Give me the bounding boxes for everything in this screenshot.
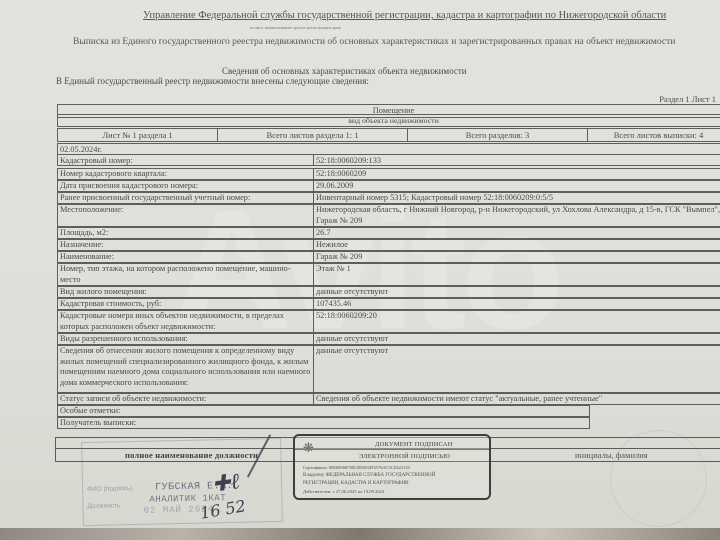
total-sections: Всего разделов: 3 — [408, 129, 588, 141]
row-value: 29.06.2009 — [314, 181, 720, 191]
row-value — [314, 418, 589, 428]
row-value: данные отсутствуют — [314, 287, 720, 297]
table-row: Виды разрешенного использования:данные о… — [57, 333, 720, 345]
sheet-info-row: Лист № 1 раздела 1 Всего листов раздела … — [57, 128, 720, 142]
extract-date: 02.05.2024г. — [58, 144, 720, 155]
table-row: Кадастровые номера иных объектов недвижи… — [57, 310, 720, 333]
row-label: Кадастровая стоимость, руб: — [58, 299, 314, 309]
table-row: Особые отметки: — [57, 405, 590, 417]
object-type-caption-row: вид объекта недвижимости — [57, 114, 720, 127]
esig-owner-cont: РЕГИСТРАЦИИ, КАДАСТРА И КАРТОГРАФИИ — [303, 481, 409, 486]
esig-line1: ДОКУМЕНТ ПОДПИСАН — [375, 441, 453, 448]
document-page: Avito Управление Федеральной службы госу… — [0, 0, 720, 528]
stamp-position-label: Должность — [87, 502, 120, 510]
table-row: Номер, тип этажа, на котором расположено… — [57, 263, 720, 286]
esig-owner: Владелец: ФЕДЕРАЛЬНАЯ СЛУЖБА ГОСУДАРСТВЕ… — [303, 473, 435, 478]
cadastral-number-label: Кадастровый номер: — [58, 155, 314, 165]
sheet-number: Лист № 1 раздела 1 — [58, 129, 218, 141]
agency-name: Управление Федеральной службы государств… — [143, 10, 588, 21]
row-value: Нижегородская область, г Нижний Новгород… — [314, 205, 720, 226]
row-value: данные отсутствуют — [314, 346, 720, 392]
handwritten-signature: ✚ℓ — [210, 468, 241, 498]
row-label: Кадастровые номера иных объектов недвижи… — [58, 311, 314, 332]
table-row: Кадастровая стоимость, руб:107435.46 — [57, 298, 720, 310]
object-type-caption: вид объекта недвижимости — [58, 115, 720, 126]
row-label: Ранее присвоенный государственный учетны… — [58, 193, 314, 203]
table-row: Дата присвоения кадастрового номера:29.0… — [57, 180, 720, 192]
row-label: Сведения об отнесении жилого помещения к… — [58, 346, 314, 392]
row-value: Сведения об объекте недвижимости имеют с… — [314, 394, 720, 404]
row-label: Особые отметки: — [58, 406, 314, 416]
extract-title: Выписка из Единого государственного реес… — [73, 37, 675, 47]
row-label: Площадь, м2: — [58, 228, 314, 238]
section-title: Сведения об основных характеристиках объ… — [222, 66, 467, 76]
row-label: Вид жилого помещения: — [58, 287, 314, 297]
table-row: Вид жилого помещения:данные отсутствуют — [57, 286, 720, 298]
agency-caption: полное наименование органа регистрации п… — [250, 25, 341, 30]
row-label: Получатель выписки: — [58, 418, 314, 428]
row-value — [314, 406, 589, 416]
row-value: 107435.46 — [314, 299, 720, 309]
row-label: Наименование: — [58, 252, 314, 262]
row-label: Дата присвоения кадастрового номера: — [58, 181, 314, 191]
row-label: Назначение: — [58, 240, 314, 250]
certification-stamp: ФИО (подпись) Должность ГУБСКАЯ Е.А. АНА… — [81, 438, 283, 526]
table-row: Номер кадастрового квартала:52:18:006020… — [57, 168, 720, 180]
row-value: Инвентарный номер 5315; Кадастровый номе… — [314, 193, 720, 203]
row-label: Местоположение: — [58, 205, 314, 226]
esig-line2: ЭЛЕКТРОННОЙ ПОДПИСЬЮ — [359, 453, 450, 460]
row-value: Этаж № 1 — [314, 264, 720, 285]
table-row: Местоположение:Нижегородская область, г … — [57, 204, 720, 227]
esig-certificate: Сертификат: 00880068780СВЕ002D3576АС5С04… — [303, 465, 410, 470]
intro-text: В Единый государственный реестр недвижим… — [56, 76, 369, 86]
row-value: Гараж № 209 — [314, 252, 720, 262]
total-sheets-extract: Всего листов выписки: 4 — [588, 129, 720, 141]
cadastral-number-value: 52:18:0060209:133 — [314, 155, 720, 165]
page-reference: Раздел 1 Лист 1 — [659, 94, 716, 104]
row-value: 52:18:0060209 — [314, 169, 720, 179]
date-cadastral-block: 02.05.2024г. Кадастровый номер: 52:18:00… — [57, 143, 720, 166]
table-row: Сведения об отнесении жилого помещения к… — [57, 345, 720, 393]
row-value: Нежилое — [314, 240, 720, 250]
coat-of-arms-icon: ❋ — [303, 440, 317, 456]
electronic-signature-box: ❋ ДОКУМЕНТ ПОДПИСАН ЭЛЕКТРОННОЙ ПОДПИСЬЮ… — [293, 434, 491, 500]
table-row: Статус записи об объекте недвижимости:Св… — [57, 393, 720, 405]
row-label: Номер кадастрового квартала: — [58, 169, 314, 179]
table-row: Площадь, м2:26.7 — [57, 227, 720, 239]
total-sheets-section: Всего листов раздела 1: 1 — [218, 129, 408, 141]
row-label: Статус записи об объекте недвижимости: — [58, 394, 314, 404]
table-row: Ранее присвоенный государственный учетны… — [57, 192, 720, 204]
row-value: 52:18:0060209:20 — [314, 311, 720, 332]
table-row: Назначение:Нежилое — [57, 239, 720, 251]
table-row: Наименование:Гараж № 209 — [57, 251, 720, 263]
stamp-fio-label: ФИО (подпись) — [87, 485, 133, 493]
row-label: Виды разрешенного использования: — [58, 334, 314, 344]
row-value: данные отсутствуют — [314, 334, 720, 344]
row-label: Номер, тип этажа, на котором расположено… — [58, 264, 314, 285]
row-value: 26.7 — [314, 228, 720, 238]
surface-background — [0, 528, 720, 540]
faded-seal — [610, 430, 707, 527]
table-row: Получатель выписки: — [57, 417, 590, 429]
esig-valid: Действителен: с 27.06.2023 по 19.09.2024 — [303, 489, 384, 494]
